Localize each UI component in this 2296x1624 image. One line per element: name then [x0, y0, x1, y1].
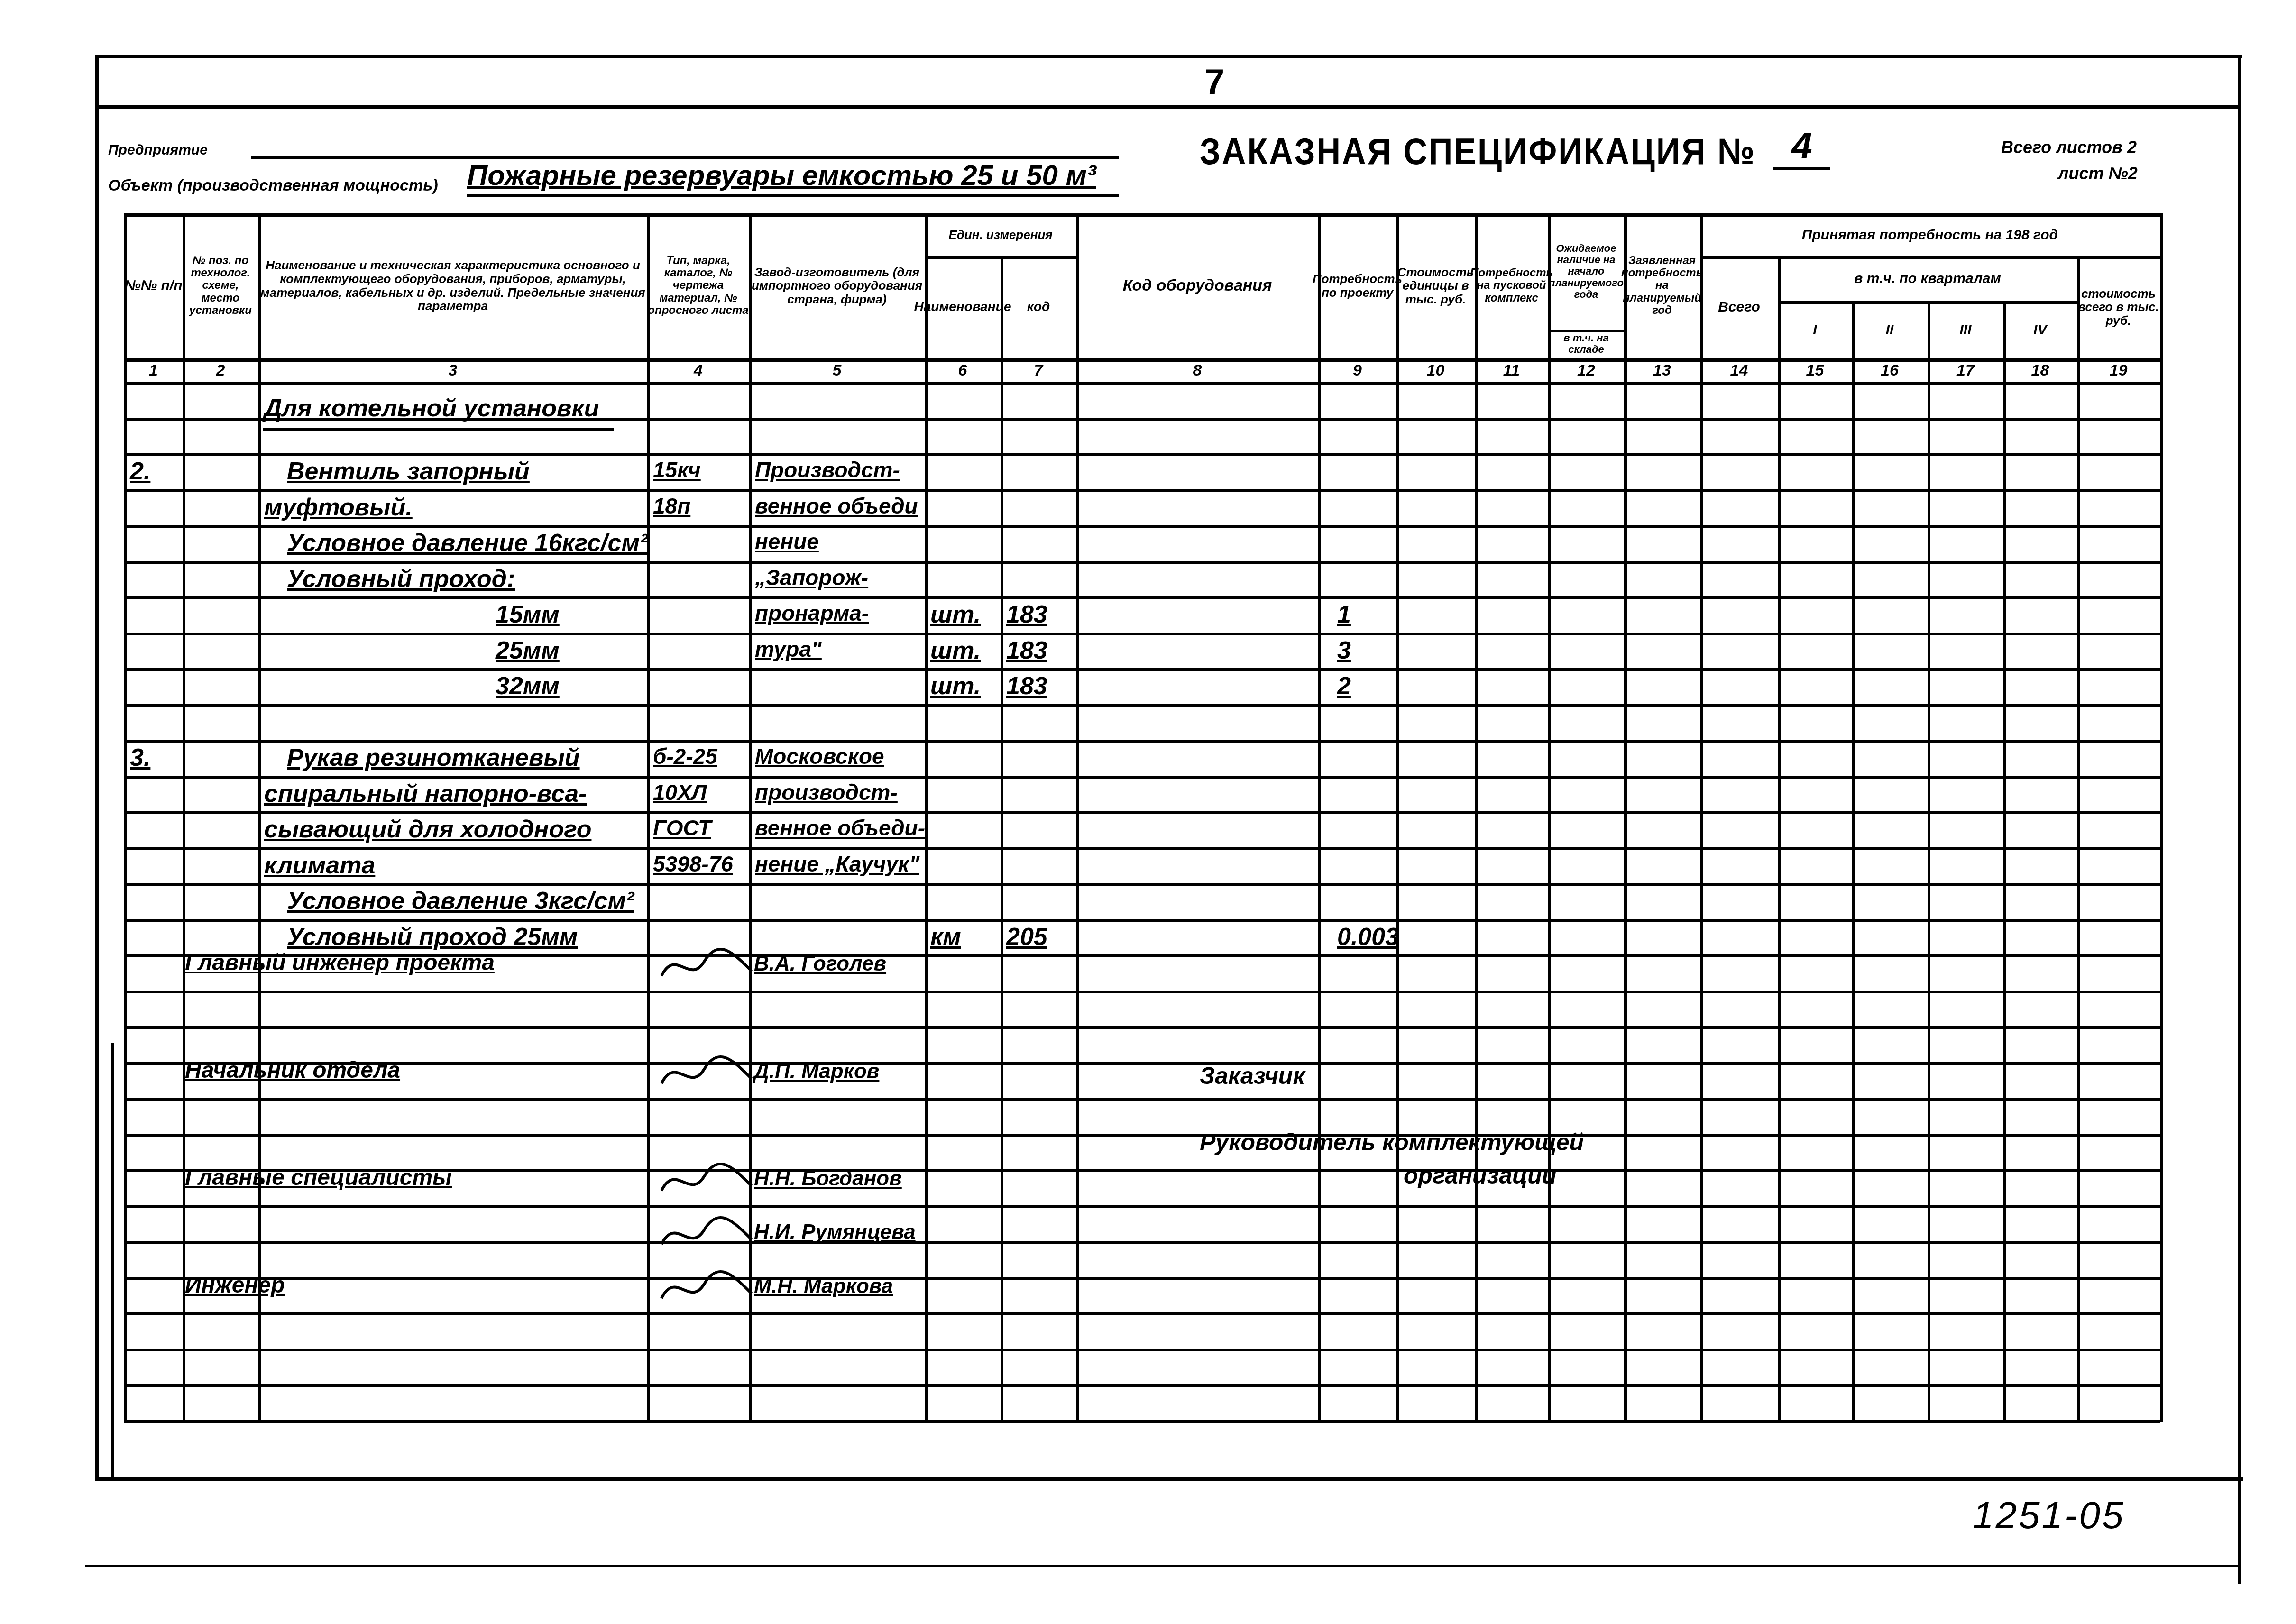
spec-number: 4	[1773, 124, 1830, 170]
column-rule	[1396, 213, 1399, 1422]
frame-bottom	[95, 1477, 2243, 1481]
column-number: 1	[124, 361, 183, 380]
row-rule	[124, 1098, 2160, 1101]
row-c3: спиральный напорно-вса-	[264, 780, 587, 808]
handwritten-signature	[657, 1153, 761, 1210]
row-c4: 10ХЛ	[653, 780, 707, 805]
row-rule	[124, 1241, 2160, 1244]
signature-name: М.Н. Маркова	[754, 1275, 893, 1298]
column-number: 9	[1318, 361, 1396, 380]
document-number: 1251-05	[1973, 1494, 2125, 1537]
column-rule	[124, 213, 127, 1422]
column-number: 8	[1076, 361, 1318, 380]
row-rule	[124, 633, 2160, 635]
column-rule	[2003, 301, 2006, 1422]
column-number: 11	[1475, 361, 1548, 380]
signature-role: Главный инженер проекта	[185, 950, 495, 976]
header-c15: I	[1778, 301, 1852, 358]
object-line	[467, 194, 1119, 197]
column-rule	[1778, 256, 1781, 1422]
header-c18: IV	[2003, 301, 2077, 358]
header-c17: III	[1928, 301, 2003, 358]
row-c4: 5398-76	[653, 851, 733, 877]
header-c12_sub: в т.ч. на складе	[1548, 330, 1624, 358]
sheet-number: 7	[1204, 62, 1224, 103]
supplier-label-2: организации	[1404, 1162, 1556, 1189]
column-rule	[2077, 256, 2080, 1422]
row-rule	[124, 704, 2160, 707]
row-rule	[124, 1026, 2160, 1029]
row-c3: Рукав резинотканевый	[287, 743, 580, 772]
column-rule	[2160, 213, 2163, 1422]
header-group_accepted: Принятая потребность на 198 год	[1700, 213, 2160, 256]
row-rule	[124, 525, 2160, 528]
column-number: 14	[1700, 361, 1778, 380]
signature-role: Инженер	[185, 1272, 285, 1298]
column-number: 15	[1778, 361, 1852, 380]
header-c16: II	[1852, 301, 1928, 358]
header-c8: Код оборудования	[1076, 213, 1318, 358]
row-c5: производст-	[755, 780, 898, 805]
row-rule	[124, 1062, 2160, 1065]
frame-rule	[95, 105, 2238, 109]
column-number: 19	[2077, 361, 2160, 380]
column-rule	[647, 213, 650, 1422]
row-rule	[124, 776, 2160, 779]
section-underline	[263, 428, 614, 431]
column-rule	[1624, 213, 1627, 1422]
row-c5: пронарма-	[755, 600, 869, 626]
row-c5: нение „Каучук"	[755, 851, 919, 877]
column-rule	[1852, 301, 1855, 1422]
customer-label: Заказчик	[1200, 1062, 1305, 1090]
row-c3: Условное давление 3кгс/см²	[287, 887, 634, 915]
row-rule	[124, 991, 2160, 993]
row-rule	[124, 668, 2160, 671]
signature-name: Д.П. Марков	[754, 1060, 879, 1083]
row-c1: 3.	[130, 743, 150, 772]
header-c11: Потребность на пусковой комплекс	[1475, 213, 1548, 358]
header-c7: код	[1001, 256, 1076, 358]
row-c5: венное объеди	[755, 493, 918, 519]
column-number: 2	[183, 361, 258, 380]
header-c6: Наименование	[925, 256, 1001, 358]
column-rule	[1318, 213, 1321, 1422]
row-c5: тура"	[755, 636, 822, 662]
column-number: 12	[1548, 361, 1624, 380]
column-rule	[1076, 213, 1079, 1422]
row-rule	[124, 561, 2160, 564]
row-c7: 205	[1006, 923, 1047, 951]
row-c3: Условный проход:	[287, 565, 515, 593]
header-c19: стоимость всего в тыс. руб.	[2077, 256, 2160, 358]
column-number: 17	[1928, 361, 2003, 380]
column-number: 3	[258, 361, 647, 380]
column-number: 7	[1001, 361, 1076, 380]
row-rule	[124, 1277, 2160, 1280]
row-c3: 32мм	[496, 672, 560, 700]
row-c3: 15мм	[496, 600, 560, 629]
row-c7: 183	[1006, 636, 1047, 665]
column-number: 16	[1852, 361, 1928, 380]
object-label: Объект (производственная мощность)	[108, 176, 438, 195]
column-number: 6	[925, 361, 1001, 380]
row-rule	[124, 1349, 2160, 1351]
document-title: ЗАКАЗНАЯ СПЕЦИФИКАЦИЯ №	[1200, 131, 1756, 173]
row-rule	[124, 883, 2160, 886]
handwritten-signature	[657, 1046, 761, 1102]
row-rule	[124, 489, 2160, 492]
header-c14: Всего	[1700, 256, 1778, 358]
header-c3: Наименование и техническая характеристик…	[258, 213, 647, 358]
header-c2: № поз. по технолог. схеме, место установ…	[183, 213, 258, 358]
row-c5: Московское	[755, 743, 884, 769]
column-number: 13	[1624, 361, 1700, 380]
numbers-bottom-rule	[124, 382, 2160, 385]
header-c12: Ожидаемое наличие на начало планируемого…	[1548, 213, 1624, 330]
header-c4: Тип, марка, каталог, № чертежа материал,…	[647, 213, 749, 358]
sheets-total: Всего листов 2	[2001, 138, 2137, 157]
row-rule	[124, 453, 2160, 456]
header-c10: Стоимость единицы в тыс. руб.	[1396, 213, 1475, 358]
header-group_quarters: в т.ч. по кварталам	[1778, 256, 2077, 301]
row-c7: 183	[1006, 672, 1047, 700]
row-c5: Производст-	[755, 457, 900, 483]
row-c4: 18п	[653, 493, 690, 519]
header-c13: Заявленная потребность на планируемый го…	[1624, 213, 1700, 358]
header-c5: Завод-изготовитель (для импортного обору…	[749, 213, 925, 358]
row-rule	[124, 1384, 2160, 1387]
column-rule	[183, 213, 185, 1422]
column-rule	[258, 213, 261, 1422]
signature-name: Н.Н. Богданов	[754, 1167, 902, 1191]
row-c3: Вентиль запорный	[287, 457, 530, 486]
row-rule	[124, 740, 2160, 743]
row-c3: сывающий для холодного	[264, 815, 591, 844]
row-rule	[124, 847, 2160, 850]
row-c3: муфтовый.	[264, 493, 413, 522]
signature-role: Главные специалисты	[185, 1165, 452, 1191]
handwritten-signature	[657, 1206, 761, 1263]
row-c1: 2.	[130, 457, 150, 486]
outer-bottom	[85, 1565, 2238, 1567]
row-rule	[124, 811, 2160, 814]
header-c67_group: Един. измерения	[925, 213, 1076, 256]
row-c3: Условное давление 16кгс/см²	[287, 529, 648, 557]
row-c3: климата	[264, 851, 375, 880]
left-binding-line	[111, 1043, 114, 1479]
row-rule	[124, 1420, 2160, 1423]
row-c9: 3	[1337, 636, 1351, 665]
column-rule	[1700, 213, 1703, 1422]
row-c5: нение	[755, 529, 819, 554]
row-c3: Условный проход 25мм	[287, 923, 578, 951]
signature-name: В.А. Гоголев	[754, 952, 886, 976]
row-c9: 2	[1337, 672, 1351, 700]
row-rule	[124, 919, 2160, 922]
row-c4: 15кч	[653, 457, 701, 483]
signature-role: Начальник отдела	[185, 1057, 400, 1083]
row-c5: венное объеди-	[755, 815, 925, 841]
row-rule	[124, 1134, 2160, 1137]
row-c5: „Запорож-	[755, 565, 868, 590]
handwritten-signature	[657, 938, 761, 995]
column-number: 10	[1396, 361, 1475, 380]
row-rule	[124, 1312, 2160, 1315]
signature-name: Н.И. Румянцева	[754, 1220, 916, 1244]
column-rule	[1475, 213, 1478, 1422]
row-c7: 183	[1006, 600, 1047, 629]
frame-right-border	[2238, 55, 2241, 1584]
row-c9: 1	[1337, 600, 1351, 629]
header-c1: №№ п/п	[124, 213, 183, 358]
row-c3: Для котельной установки	[264, 394, 599, 422]
column-number: 4	[647, 361, 749, 380]
object-value: Пожарные резервуары емкостью 25 и 50 м³	[467, 159, 1096, 192]
row-rule	[124, 596, 2160, 599]
row-rule	[124, 1205, 2160, 1208]
column-rule	[1001, 256, 1003, 1422]
supplier-label: Руководитель комплектующей	[1200, 1129, 1584, 1156]
row-c6: км	[930, 923, 961, 951]
column-rule	[1548, 213, 1551, 1422]
header-c9: Потребность по проекту	[1318, 213, 1396, 358]
row-c3: 25мм	[496, 636, 560, 665]
row-c9: 0.003	[1337, 923, 1399, 951]
row-c4: ГОСТ	[653, 815, 711, 841]
sheet-current: лист №2	[2058, 164, 2138, 184]
enterprise-label: Предприятие	[108, 142, 208, 158]
row-c6: шт.	[930, 672, 981, 700]
row-c6: шт.	[930, 600, 981, 629]
column-number: 5	[749, 361, 925, 380]
column-rule	[1928, 301, 1930, 1422]
row-c6: шт.	[930, 636, 981, 665]
handwritten-signature	[657, 1260, 761, 1317]
row-c4: б-2-25	[653, 743, 717, 769]
column-number: 18	[2003, 361, 2077, 380]
